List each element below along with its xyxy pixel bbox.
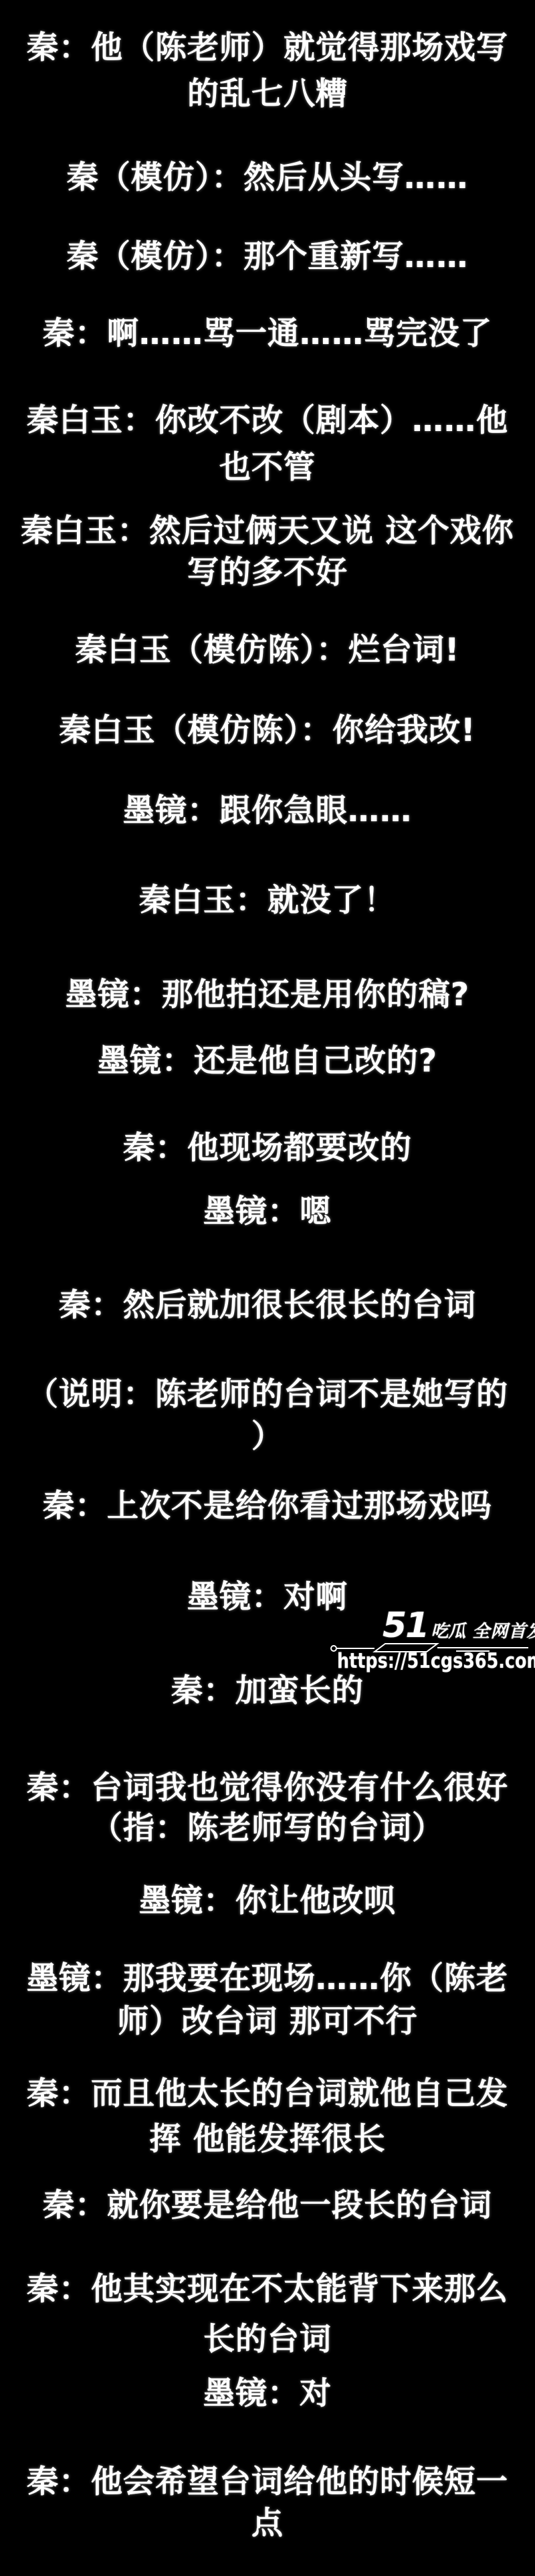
watermark: 51吃瓜全网首发 https://51cgs365.com <box>321 1608 534 1682</box>
subtitle-line: 秦：他现场都要改的 <box>0 1132 535 1164</box>
subtitle-line: 师）改台词 那可不行 <box>0 2006 535 2037</box>
subtitle-line: 秦：台词我也觉得你没有什么很好 <box>0 1772 535 1804</box>
subtitle-line: 秦：而且他太长的台词就他自己发 <box>0 2078 535 2110</box>
watermark-brand-text: 吃瓜 <box>431 1622 465 1642</box>
subtitle-line: 墨镜：还是他自己改的? <box>0 1045 535 1077</box>
subtitle-line: 的乱七八糟 <box>0 78 535 110</box>
watermark-url: https://51cgs365.com <box>337 1650 535 1672</box>
subtitle-line: 秦：然后就加很长很长的台词 <box>0 1290 535 1321</box>
watermark-brand-row: 51吃瓜全网首发 <box>383 1608 535 1643</box>
subtitle-line: 秦：啊……骂一通……骂完没了 <box>0 318 535 349</box>
watermark-tagline: 全网首发 <box>472 1622 535 1642</box>
subtitle-line: 秦：他其实现在不太能背下来那么 <box>0 2273 535 2305</box>
subtitle-line: 写的多不好 <box>0 557 535 588</box>
subtitle-line: （指：陈老师写的台词） <box>0 1812 535 1844</box>
subtitle-line: 秦白玉：然后过俩天又说 这个戏你 <box>0 515 535 547</box>
subtitle-line: 秦：他会希望台词给他的时候短一 <box>0 2466 535 2498</box>
subtitle-line: 秦（模仿）：那个重新写…… <box>0 241 535 272</box>
subtitle-line: （说明：陈老师的台词不是她写的 <box>0 1379 535 1410</box>
subtitle-line: 也不管 <box>0 452 535 483</box>
subtitle-line: 秦：上次不是给你看过那场戏吗 <box>0 1490 535 1522</box>
subtitle-line: 点 <box>0 2508 535 2539</box>
subtitle-line: 秦白玉（模仿陈）：烂台词! <box>0 634 535 666</box>
subtitle-line: 秦：就你要是给他一段长的台词 <box>0 2190 535 2221</box>
subtitle-line: 墨镜：嗯 <box>0 1196 535 1227</box>
subtitle-line: 墨镜：那我要在现场……你（陈老 <box>0 1963 535 1994</box>
subtitle-line: 墨镜：那他拍还是用你的稿? <box>0 979 535 1011</box>
subtitle-line: 秦白玉（模仿陈）：你给我改! <box>0 715 535 746</box>
subtitle-transcript-page: 秦：他（陈老师）就觉得那场戏写的乱七八糟秦（模仿）：然后从头写……秦（模仿）：那… <box>0 0 535 2576</box>
subtitle-line: 墨镜：跟你急眼…… <box>0 795 535 827</box>
subtitle-line: 秦（模仿）：然后从头写…… <box>0 162 535 193</box>
subtitle-line: 秦白玉：就没了！ <box>0 885 535 916</box>
subtitle-line: 秦：他（陈老师）就觉得那场戏写 <box>0 32 535 64</box>
subtitle-line: ） <box>0 1421 535 1452</box>
subtitle-line: 挥 他能发挥很长 <box>0 2124 535 2155</box>
subtitle-line: 长的台词 <box>0 2324 535 2355</box>
subtitle-line: 墨镜：对 <box>0 2378 535 2409</box>
subtitle-line: 秦白玉：你改不改（剧本）……他 <box>0 405 535 436</box>
subtitle-line: 墨镜：你让他改呗 <box>0 1885 535 1917</box>
